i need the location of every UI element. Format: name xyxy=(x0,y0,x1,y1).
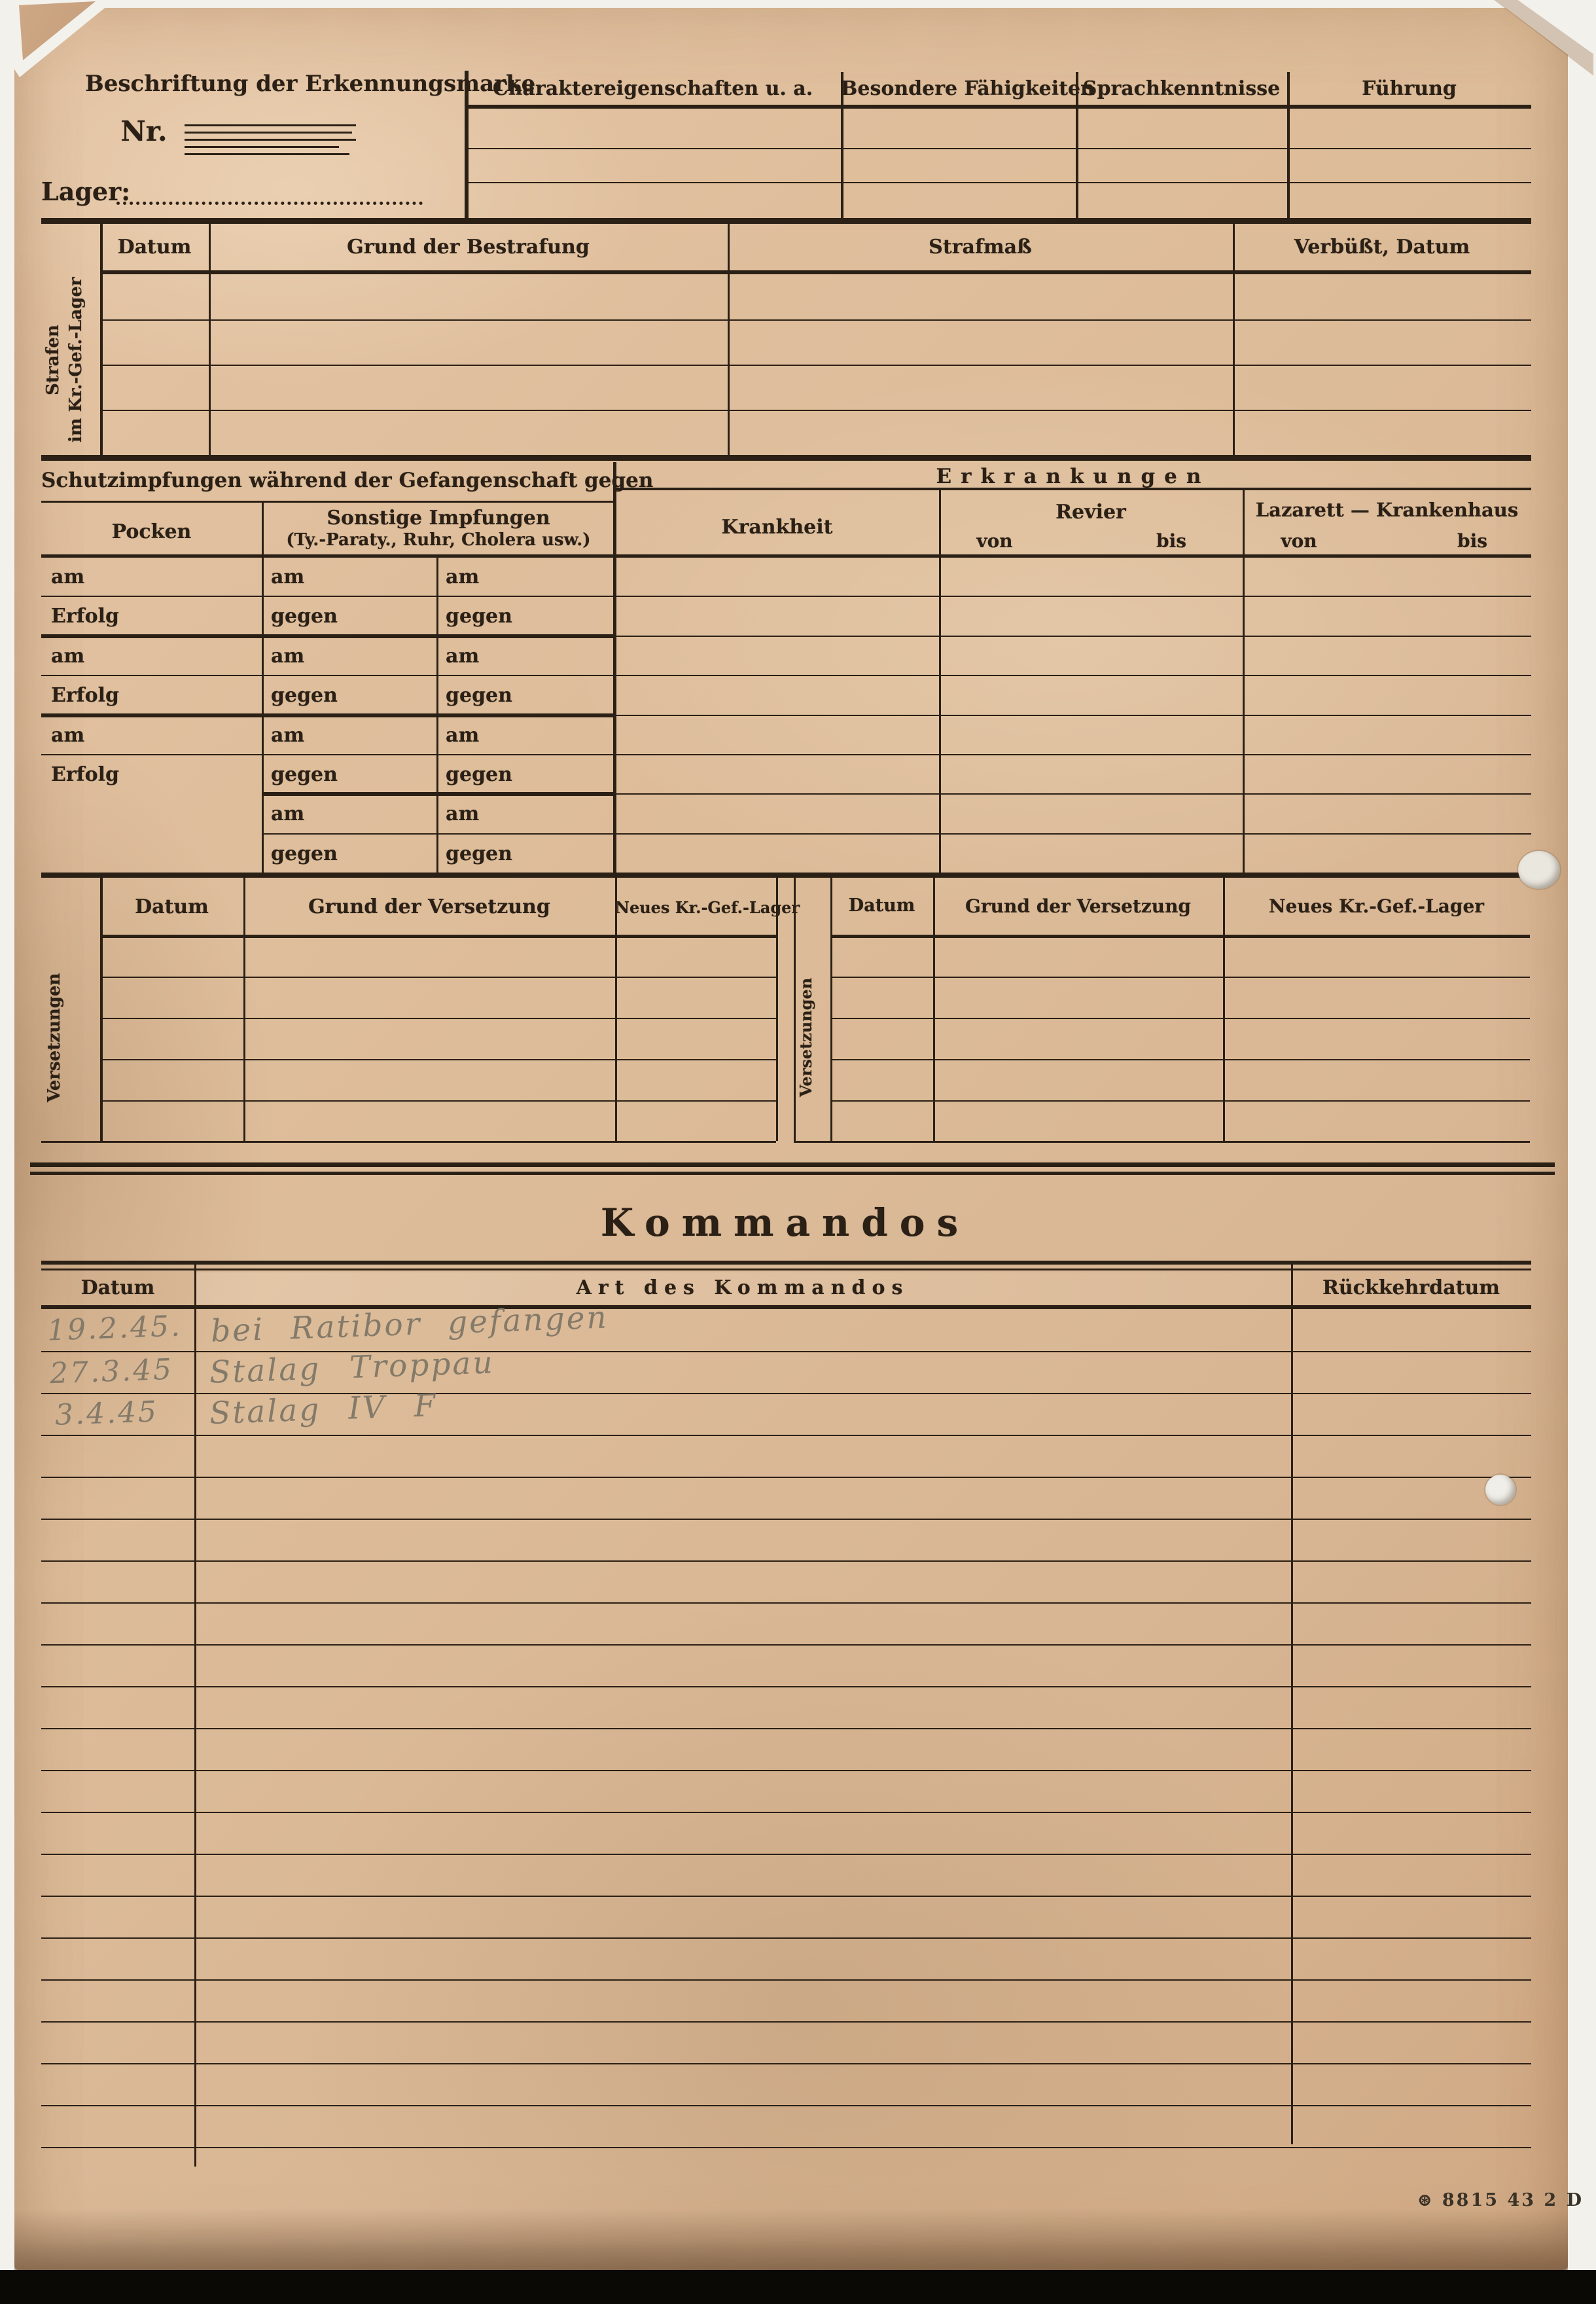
handwritten-date: 27.3.45 xyxy=(49,1353,174,1391)
strafen-col-verbuesst: Verbüßt, Datum xyxy=(1233,236,1531,259)
nr-rule xyxy=(185,146,339,148)
table-rule xyxy=(100,319,1531,321)
table-rule xyxy=(41,2063,1531,2064)
section-bar xyxy=(41,455,1531,461)
strafen-col-grund: Grund der Bestrafung xyxy=(209,236,728,259)
sonstige-header: Sonstige Impfungen xyxy=(262,507,615,530)
punch-hole-top xyxy=(1518,851,1560,889)
table-rule xyxy=(100,977,776,978)
kommandos-col-rueckkehr: Rückkehrdatum xyxy=(1291,1276,1531,1299)
header-underline xyxy=(100,270,1531,274)
bottom-shadow xyxy=(14,2209,1568,2270)
table-right-border xyxy=(776,878,778,1141)
table-rule xyxy=(41,596,1531,597)
header-underline xyxy=(41,1305,1531,1309)
versetzung-col-grund: Grund der Versetzung xyxy=(243,895,615,918)
impfung-cell: gegen xyxy=(271,763,338,786)
impfung-cell: am xyxy=(446,724,479,747)
impfung-cell: gegen xyxy=(271,842,338,865)
table-rule xyxy=(41,2147,1531,2148)
table-rule xyxy=(830,1018,1530,1019)
column-divider xyxy=(209,224,211,455)
versetzungen-side-label: Versetzungen xyxy=(43,943,96,1132)
table-rule xyxy=(100,1059,776,1060)
strafen-col-datum: Datum xyxy=(100,236,209,259)
table-rule xyxy=(41,754,1531,755)
section-divider xyxy=(613,462,616,873)
column-divider xyxy=(1243,488,1245,873)
column-divider xyxy=(194,1261,196,2167)
table-rule xyxy=(41,2105,1531,2106)
sonstige-subheader: (Ty.-Paraty., Ruhr, Cholera usw.) xyxy=(262,530,615,550)
column-divider xyxy=(728,224,730,455)
table-rule xyxy=(465,148,1531,149)
table-top-bar xyxy=(41,1261,1531,1265)
header-underline xyxy=(830,935,1530,938)
impfung-cell: am xyxy=(51,566,84,588)
versetzungen-side-label: Versetzungen xyxy=(796,943,832,1132)
strafen-side-label: Strafen im Kr.-Gef.-Lager xyxy=(42,275,97,445)
kommandos-col-art: Art des Kommandos xyxy=(194,1276,1291,1299)
strafen-side-label-line1: Strafen xyxy=(43,325,63,395)
revier-von-label: von xyxy=(962,530,1027,552)
impfung-cell: am xyxy=(446,645,479,668)
impfung-cell: am xyxy=(271,566,304,588)
pocken-header: Pocken xyxy=(41,520,262,543)
table-rule xyxy=(100,410,1531,411)
versetzung-col-lager: Neues Kr.-Gef.-Lager xyxy=(1223,895,1530,917)
nr-label: Nr. xyxy=(115,115,173,147)
impfung-cell: Erfolg xyxy=(51,605,119,628)
pair-rule-thick xyxy=(262,792,615,796)
scanned-pow-record-card: Beschriftung der Erkennungsmarke Nr. Lag… xyxy=(0,0,1596,2304)
versetzung-col-grund: Grund der Versetzung xyxy=(933,895,1223,917)
lazarett-von-label: von xyxy=(1266,530,1332,552)
table-top-bar-2 xyxy=(41,1269,1531,1270)
column-divider xyxy=(1233,224,1235,455)
lager-dotted-line xyxy=(116,185,423,205)
revier-bis-label: bis xyxy=(1139,530,1204,552)
impfung-cell: gegen xyxy=(446,842,512,865)
section-bar xyxy=(41,873,1531,878)
pair-rule-thick xyxy=(41,713,615,717)
print-code-text: 8815 43 2 D xyxy=(1442,2190,1584,2210)
section-bar xyxy=(41,218,1531,224)
table-rule xyxy=(830,1059,1530,1060)
table-rule xyxy=(41,1686,1531,1687)
table-rule xyxy=(41,1979,1531,1981)
versetzung-col-lager: Neues Kr.-Gef.-Lager xyxy=(615,898,776,917)
header-underline xyxy=(41,554,1531,558)
table-rule xyxy=(41,1937,1531,1939)
column-divider xyxy=(939,488,941,873)
nr-rule xyxy=(185,124,356,126)
column-divider xyxy=(262,501,264,873)
lazarett-header: Lazarett — Krankenhaus xyxy=(1243,499,1531,521)
impfung-cell: am xyxy=(51,645,84,668)
table-rule xyxy=(41,1560,1531,1562)
table-rule xyxy=(41,1477,1531,1478)
impfungen-title: Schutzimpfungen während der Gefangenscha… xyxy=(41,469,615,492)
pair-rule-thick xyxy=(41,634,615,638)
table-rule xyxy=(262,833,1531,835)
erkrankungen-title: Erkrankungen xyxy=(615,465,1531,488)
lazarett-bis-label: bis xyxy=(1440,530,1505,552)
table-left-border xyxy=(794,878,796,1141)
column-header-fuehrung: Führung xyxy=(1287,77,1531,100)
table-rule xyxy=(465,182,1531,183)
impfung-cell: am xyxy=(271,645,304,668)
revier-header: Revier xyxy=(939,501,1243,524)
versetzung-col-datum: Datum xyxy=(830,895,933,916)
versetzung-col-datum: Datum xyxy=(100,895,243,918)
impfung-cell: am xyxy=(271,802,304,825)
handwritten-date: 3.4.45 xyxy=(54,1395,159,1431)
column-header-charakter: Charaktereigenschaften u. a. xyxy=(465,77,841,100)
header-underline xyxy=(465,105,1531,109)
strafen-side-label-line2: im Kr.-Gef.-Lager xyxy=(66,278,86,443)
table-rule xyxy=(41,1602,1531,1604)
table-rule xyxy=(41,1896,1531,1897)
table-rule xyxy=(41,1854,1531,1855)
print-code: ⊛ 8815 43 2 D xyxy=(1387,2190,1584,2210)
table-rule xyxy=(41,1435,1531,1436)
table-rule xyxy=(41,1644,1531,1646)
table-rule xyxy=(615,488,1531,490)
impfung-cell: Erfolg xyxy=(51,763,119,786)
impfung-cell: am xyxy=(446,802,479,825)
krankheit-header: Krankheit xyxy=(615,516,939,539)
table-bottom-rule xyxy=(794,1141,1530,1143)
impfung-cell: gegen xyxy=(271,605,338,628)
impfung-cell: gegen xyxy=(271,684,338,707)
table-rule xyxy=(100,365,1531,366)
column-divider xyxy=(100,224,103,455)
impfung-cell: Erfolg xyxy=(51,684,119,707)
scanner-bed-bar xyxy=(0,2270,1596,2304)
table-rule xyxy=(41,1812,1531,1813)
table-bottom-rule xyxy=(41,1141,776,1143)
impfung-cell: gegen xyxy=(446,605,512,628)
id-block-title: Beschriftung der Erkennungsmarke xyxy=(85,71,419,97)
table-rule xyxy=(41,501,615,503)
table-rule xyxy=(41,675,1531,676)
column-header-faehigkeiten: Besondere Fähigkeiten xyxy=(841,77,1076,100)
strafen-col-strafmass: Strafmaß xyxy=(728,236,1233,259)
punch-hole-bottom xyxy=(1485,1475,1516,1505)
form-content: Beschriftung der Erkennungsmarke Nr. Lag… xyxy=(0,0,1596,2304)
lager-label: Lager: xyxy=(41,177,113,206)
impfung-cell: am xyxy=(446,566,479,588)
impfung-cell: gegen xyxy=(446,684,512,707)
print-symbol-icon: ⊛ xyxy=(1417,2190,1434,2210)
table-rule xyxy=(41,2021,1531,2023)
handwritten-date: 19.2.45. xyxy=(46,1309,183,1347)
kommandos-col-datum: Datum xyxy=(41,1276,194,1299)
table-rule xyxy=(100,1100,776,1102)
table-rule xyxy=(100,1018,776,1019)
nr-rule xyxy=(185,132,352,134)
column-header-sprachen: Sprachkenntnisse xyxy=(1076,77,1287,100)
table-rule xyxy=(41,1770,1531,1771)
handwritten-entry: Stalag IV F xyxy=(209,1388,438,1431)
nr-rule xyxy=(185,153,349,155)
table-rule xyxy=(830,1100,1530,1102)
double-rule-bottom xyxy=(30,1172,1555,1175)
double-rule-top xyxy=(30,1162,1555,1167)
impfung-cell: am xyxy=(271,724,304,747)
table-rule xyxy=(830,977,1530,978)
header-underline xyxy=(100,935,776,938)
kommandos-title: Kommandos xyxy=(523,1200,1047,1245)
impfung-cell: gegen xyxy=(446,763,512,786)
table-rule xyxy=(41,1519,1531,1520)
nr-rule xyxy=(185,139,356,141)
impfung-cell: am xyxy=(51,724,84,747)
table-rule xyxy=(41,1728,1531,1729)
